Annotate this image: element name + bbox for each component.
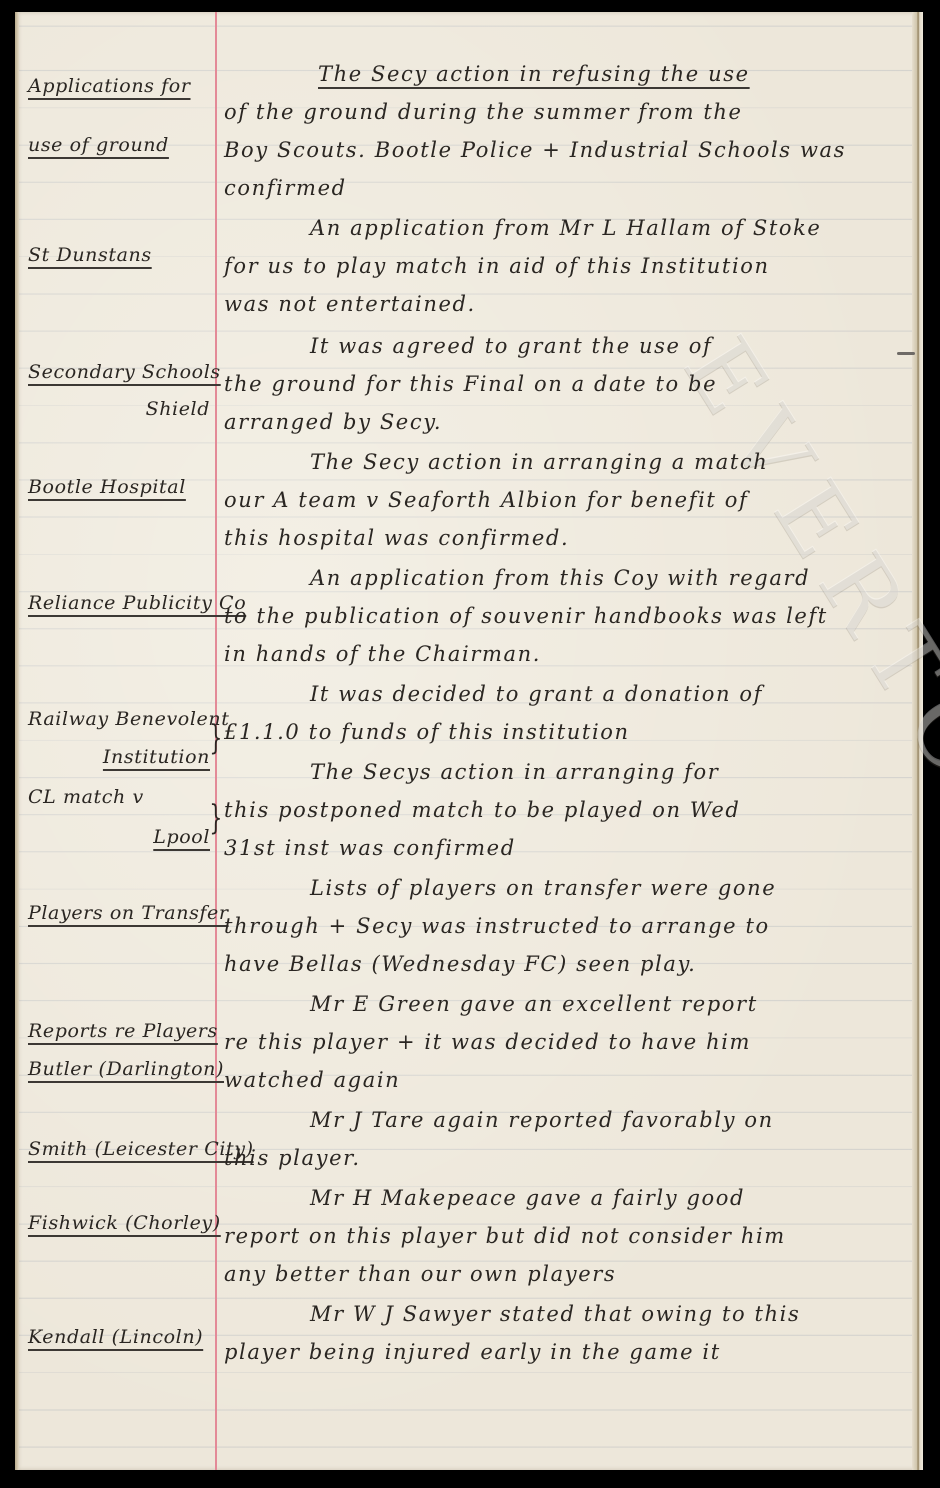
minute-line: this player.	[224, 1146, 361, 1170]
margin-heading-cl-match-2: Lpool	[24, 826, 210, 848]
minute-line: Mr W J Sawyer stated that owing to this	[310, 1302, 800, 1326]
page-tab-marker	[897, 352, 915, 355]
minute-line: Mr E Green gave an excellent report	[310, 992, 758, 1016]
minute-line: to the publication of souvenir handbooks…	[224, 604, 828, 628]
margin-heading-applications-2: use of ground	[28, 134, 169, 156]
minute-line: any better than our own players	[224, 1262, 616, 1286]
margin-heading-railway-benevolent: Railway Benevolent	[28, 708, 229, 730]
margin-heading-players-on-transfer: Players on Transfer	[28, 902, 229, 924]
page-right-edge	[912, 12, 923, 1470]
minute-line: re this player + it was decided to have …	[224, 1030, 751, 1054]
minute-line: have Bellas (Wednesday FC) seen play.	[224, 952, 696, 976]
margin-heading-railway-benevolent-2: Institution	[24, 746, 210, 768]
margin-heading-reliance-publicity: Reliance Publicity Co	[28, 592, 246, 614]
margin-heading-st-dunstans: St Dunstans	[28, 244, 152, 266]
minute-line: Boy Scouts. Bootle Police + Industrial S…	[224, 138, 846, 162]
minute-line: was not entertained.	[224, 292, 476, 316]
minute-line: our A team v Seaforth Albion for benefit…	[224, 488, 748, 512]
minute-line: this postponed match to be played on Wed	[224, 798, 740, 822]
minute-line: An application from this Coy with regard	[310, 566, 810, 590]
minute-line: It was agreed to grant the use of	[310, 334, 712, 358]
minute-line: An application from Mr L Hallam of Stoke	[310, 216, 821, 240]
minute-line: Mr H Makepeace gave a fairly good	[310, 1186, 745, 1210]
minute-line: 31st inst was confirmed	[224, 836, 516, 860]
minute-line: The Secy action in refusing the use	[318, 62, 750, 86]
minute-line: report on this player but did not consid…	[224, 1224, 786, 1248]
minute-line: the ground for this Final on a date to b…	[224, 372, 717, 396]
margin-heading-fishwick: Fishwick (Chorley)	[28, 1212, 221, 1234]
margin-heading-cl-match: CL match v	[28, 786, 144, 808]
minute-line: this hospital was confirmed.	[224, 526, 569, 550]
minute-line: confirmed	[224, 176, 347, 200]
minute-line: The Secy action in arranging a match	[310, 450, 768, 474]
minute-line: Mr J Tare again reported favorably on	[310, 1108, 774, 1132]
margin-heading-secondary-schools-2: Shield	[24, 398, 210, 420]
margin-heading-butler: Butler (Darlington)	[28, 1058, 224, 1080]
minute-line: £1.1.0 to funds of this institution	[224, 720, 630, 744]
minute-line: through + Secy was instructed to arrange…	[224, 914, 770, 938]
margin-heading-secondary-schools: Secondary Schools	[28, 361, 221, 383]
margin-heading-kendall: Kendall (Lincoln)	[28, 1326, 203, 1348]
minute-line: player being injured early in the game i…	[224, 1340, 721, 1364]
page-left-edge	[15, 12, 19, 1470]
minute-line: The Secys action in arranging for	[310, 760, 719, 784]
minute-line: of the ground during the summer from the	[224, 100, 743, 124]
minute-line: watched again	[224, 1068, 400, 1092]
margin-heading-reports-re-players: Reports re Players	[28, 1020, 218, 1042]
minute-line: in hands of the Chairman.	[224, 642, 541, 666]
margin-heading-smith: Smith (Leicester City)	[28, 1138, 254, 1160]
minute-line: arranged by Secy.	[224, 410, 442, 434]
margin-heading-applications: Applications for	[28, 75, 191, 97]
brace-mark: }	[209, 798, 222, 838]
margin-heading-bootle-hospital: Bootle Hospital	[28, 476, 186, 498]
minute-line: for us to play match in aid of this Inst…	[224, 254, 770, 278]
minute-line: Lists of players on transfer were gone	[310, 876, 776, 900]
minute-line: It was decided to grant a donation of	[310, 682, 763, 706]
brace-mark: }	[209, 718, 222, 758]
